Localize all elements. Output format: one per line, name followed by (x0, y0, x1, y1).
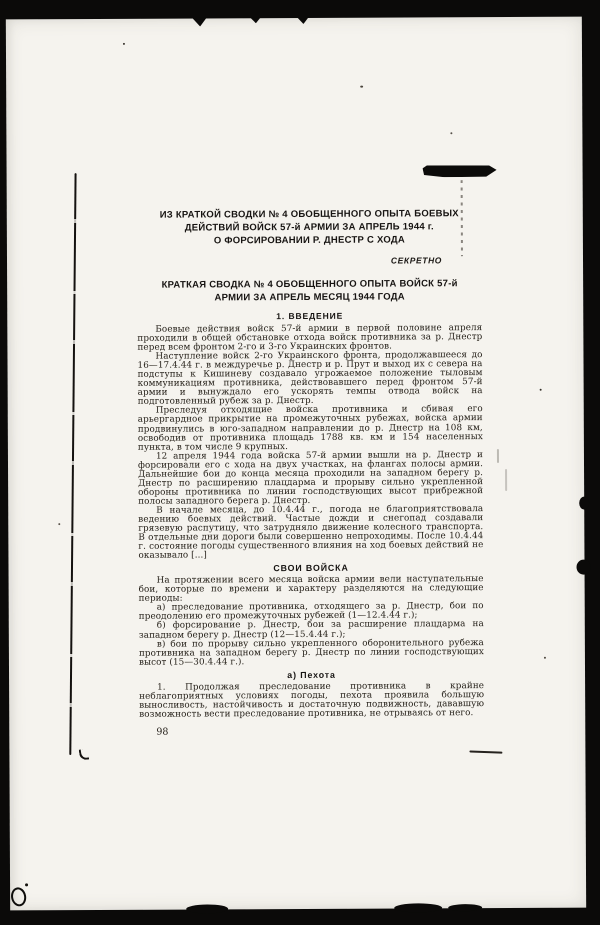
scan-edge-bump (394, 903, 442, 912)
title-line: АРМИИ ЗА АПРЕЛЬ МЕСЯЦ 1944 ГОДА (137, 290, 482, 305)
dust-speck (58, 523, 60, 525)
paragraph: 1. Продолжая преследование противника в … (139, 682, 484, 720)
document-title: КРАТКАЯ СВОДКА № 4 ОБОБЩЕННОГО ОПЫТА ВОЙ… (137, 277, 482, 305)
paragraph: В начале месяца, до 10.4.44 г., погода н… (138, 505, 483, 561)
crease-hook-mark (79, 748, 89, 760)
page-number: 98 (156, 725, 484, 738)
stray-dash-mark (469, 750, 502, 753)
paragraph: 12 апреля 1944 года войска 57-й армии вы… (138, 451, 483, 507)
scanned-page: ИЗ КРАТКОЙ СВОДКИ № 4 ОБОБЩЕННОГО ОПЫТА … (6, 17, 586, 911)
scanner-background: { "doc": { "overline_lines": [ "ИЗ КРАТК… (0, 0, 600, 925)
scan-edge-bump (576, 560, 590, 575)
paragraph: Наступление войск 2-го Украинского фронт… (137, 351, 482, 407)
paragraph: На протяжении всего месяца войска армии … (139, 575, 484, 604)
overline-line: О ФОРСИРОВАНИИ Р. ДНЕСТР С ХОДА (137, 233, 482, 248)
section-heading-infantry: а) Пехота (139, 669, 484, 681)
dust-speck (497, 449, 499, 463)
document-body: ИЗ КРАТКОЙ СВОДКИ № 4 ОБОБЩЕННОГО ОПЫТА … (137, 207, 485, 738)
scan-notch (250, 17, 261, 23)
paragraph: Боевые действия войск 57-й армии в перво… (137, 324, 482, 353)
dust-speck (123, 43, 125, 45)
classification-stamp: СЕКРЕТНО (137, 255, 482, 267)
scan-notch (192, 17, 207, 26)
list-item-period-v: в) бои по прорыву сильно укрепленного об… (139, 639, 484, 668)
vertical-crease-mark (69, 173, 76, 755)
scan-notch (297, 17, 309, 24)
scan-edge-bump (186, 904, 228, 913)
dust-speck (540, 389, 542, 391)
scan-edge-bump (579, 497, 589, 510)
overline-line: ДЕЙСТВИЙ ВОЙСК 57-й АРМИИ ЗА АПРЕЛЬ 1944… (137, 220, 482, 235)
dust-speck (505, 469, 507, 491)
ink-blot-mark (423, 165, 497, 177)
ring-mark (10, 886, 28, 907)
section-heading-own-troops: СВОИ ВОЙСКА (138, 562, 483, 574)
paragraph: Преследуя отходящие войска противника и … (138, 406, 483, 453)
title-line: КРАТКАЯ СВОДКА № 4 ОБОБЩЕННОГО ОПЫТА ВОЙ… (137, 277, 482, 292)
dust-speck (360, 86, 363, 88)
dust-speck (544, 657, 546, 659)
ring-dot-mark (25, 883, 28, 886)
section-heading-introduction: 1. ВВЕДЕНИЕ (137, 310, 482, 322)
dust-speck (450, 132, 452, 134)
scan-edge-bump (448, 904, 482, 911)
document-overline: ИЗ КРАТКОЙ СВОДКИ № 4 ОБОБЩЕННОГО ОПЫТА … (137, 207, 482, 248)
